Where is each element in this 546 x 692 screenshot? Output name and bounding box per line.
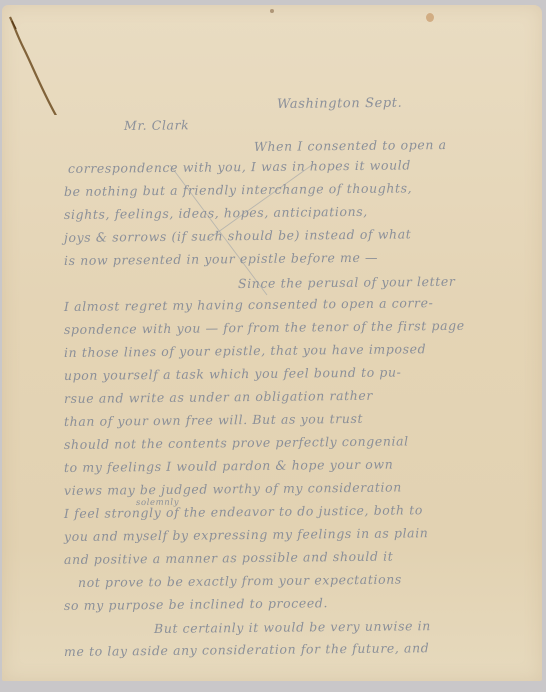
letter-line: When I consented to open a (254, 137, 447, 154)
letter-line: be nothing but a friendly interchange of… (64, 180, 412, 199)
letter-line: me to lay aside any consideration for th… (64, 640, 429, 659)
letter-line: joys & sorrows (if such should be) inste… (64, 226, 411, 245)
letter-line: in those lines of your epistle, that you… (64, 341, 426, 360)
letter-line: should not the contents prove perfectly … (64, 433, 409, 452)
letter-line: upon yourself a task which you feel boun… (64, 364, 402, 383)
letter-line: I almost regret my having consented to o… (64, 295, 434, 314)
paper-tear-mark (6, 15, 66, 115)
letter-salutation: Mr. Clark (124, 117, 189, 133)
letter-line: sights, feelings, ideas, hopes, anticipa… (64, 204, 368, 222)
letter-line: than of your own free will. But as you t… (64, 411, 363, 429)
letter-line: you and myself by expressing my feelings… (64, 525, 429, 544)
letter-line: correspondence with you, I was in hopes … (68, 157, 411, 176)
letter-line: is now presented in your epistle before … (64, 250, 378, 268)
letter-line: rsue and write as under an obligation ra… (64, 388, 373, 406)
letter-line: not prove to be exactly from your expect… (78, 572, 402, 590)
letter-line: views may be judged worthy of my conside… (64, 479, 402, 498)
letter-dateline: Washington Sept. (277, 96, 402, 112)
letter-line: spondence with you — for from the tenor … (64, 318, 465, 337)
ink-spot (270, 9, 274, 13)
letter-page: Washington Sept. Mr. Clark When I consen… (2, 5, 542, 681)
letter-line: so my purpose be inclined to proceed. (64, 595, 328, 613)
letter-line: to my feelings I would pardon & hope you… (64, 457, 393, 475)
letter-line: I feel strongly of the endeavor to do ju… (64, 502, 423, 521)
letter-line: But certainly it would be very unwise in (154, 618, 431, 636)
stain-spot (426, 13, 434, 22)
letter-line: and positive a manner as possible and sh… (64, 549, 393, 567)
letter-line: Since the perusal of your letter (238, 274, 456, 291)
